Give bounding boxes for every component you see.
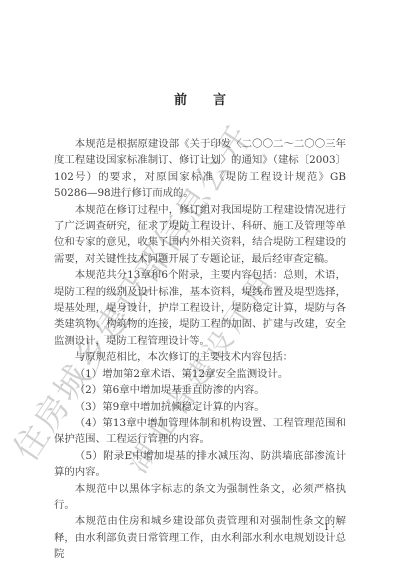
page-title: 前言 bbox=[0, 89, 400, 108]
list-item: （1）增加第2章术语、第12章安全监测设计。 bbox=[54, 366, 346, 382]
paragraph: 本规范共分13章和6个附录，主要内容包括：总则，术语，堤防工程的级别及设计标准，… bbox=[54, 267, 346, 349]
paragraph: 本规范是根据原建设部《关于印发〈二〇〇二～二〇〇三年度工程建设国家标准制订、修订… bbox=[54, 136, 346, 202]
document-page: 住房城乡建设部信息公开 湖北省建设厅用 前言 本规范是根据原建设部《关于印发〈二… bbox=[0, 0, 400, 579]
paragraph: 与原规范相比，本次修订的主要技术内容包括： bbox=[54, 349, 346, 365]
page-number: · 1 · bbox=[318, 523, 335, 533]
list-item: （5）附录E中增加堤基的排水减压沟、防洪墙底部渗流计算的内容。 bbox=[54, 448, 346, 481]
paragraph: 本规范中以黑体字标志的条文为强制性条文，必须严格执行。 bbox=[54, 481, 346, 514]
list-item: （3）第9章中增加抗倾稳定计算的内容。 bbox=[54, 399, 346, 415]
paragraph: 本规范在修订过程中，修订组对我国堤防工程建设情况进行了广泛调查研究，征求了堤防工… bbox=[54, 202, 346, 268]
list-item: （2）第6章中增加堤基垂直防渗的内容。 bbox=[54, 382, 346, 398]
document-body: 本规范是根据原建设部《关于印发〈二〇〇二～二〇〇三年度工程建设国家标准制订、修订… bbox=[54, 136, 346, 563]
list-item: （4）第13章中增加管理体制和机构设置、工程管理范围和保护范围、工程运行管理的内… bbox=[54, 415, 346, 448]
paragraph: 本规范由住房和城乡建设部负责管理和对强制性条文的解释，由水利部负责日常管理工作，… bbox=[54, 513, 346, 562]
